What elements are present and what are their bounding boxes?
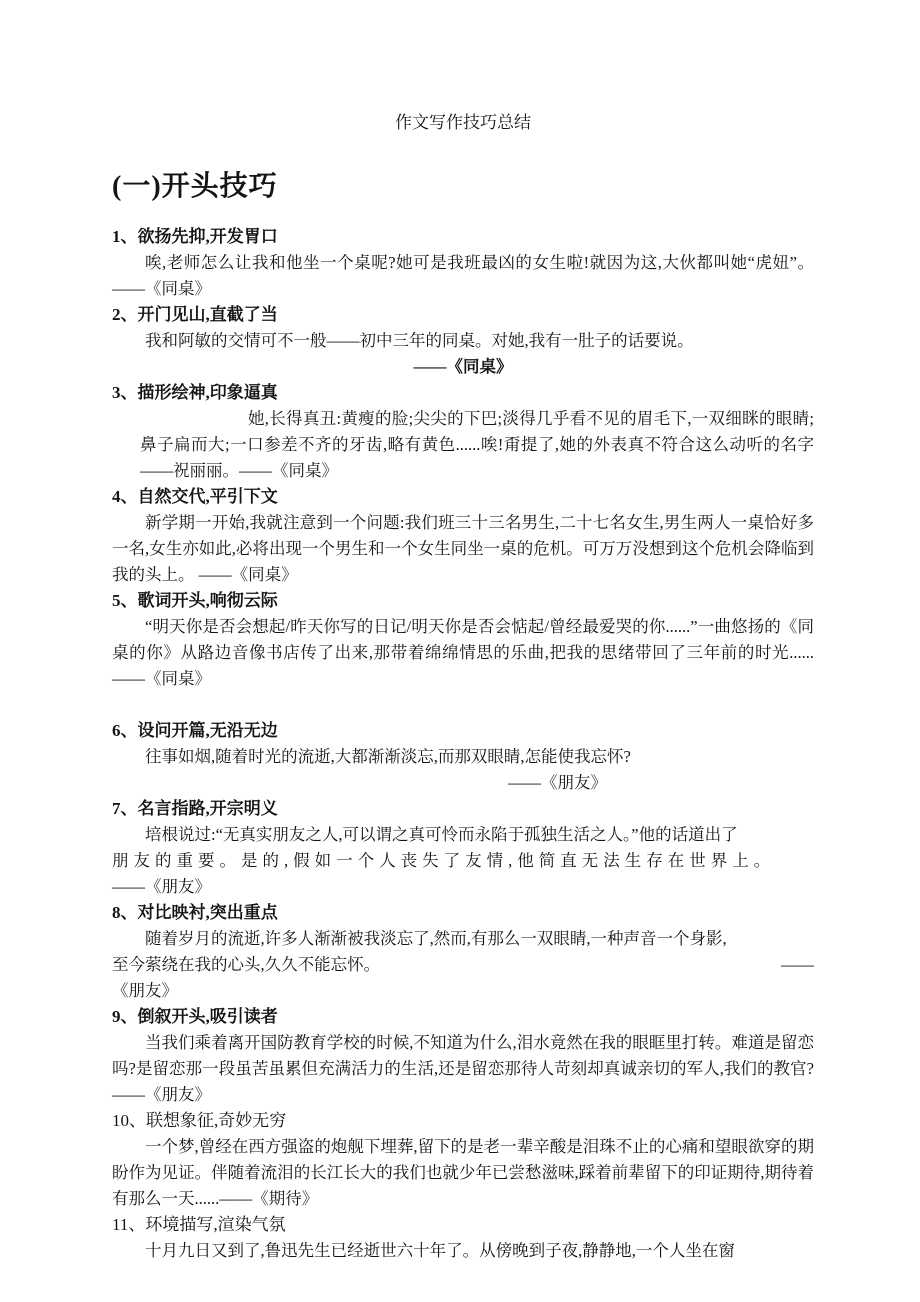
- item-4-body: 新学期一开始,我就注意到一个问题:我们班三十三名男生,二十七名女生,男生两人一桌…: [112, 510, 814, 588]
- item-1-heading: 1、欲扬先抑,开发胃口: [112, 224, 814, 250]
- item-10-heading: 10、联想象征,奇妙无穷: [112, 1108, 814, 1134]
- technique-item-9: 9、倒叙开头,吸引读者 当我们乘着离开国防教育学校的时候,不知道为什么,泪水竟然…: [112, 1004, 814, 1108]
- technique-item-4: 4、自然交代,平引下文 新学期一开始,我就注意到一个问题:我们班三十三名男生,二…: [112, 484, 814, 588]
- item-9-body: 当我们乘着离开国防教育学校的时候,不知道为什么,泪水竟然在我的眼眶里打转。难道是…: [112, 1030, 814, 1108]
- item-3-heading: 3、描形绘神,印象逼真: [112, 380, 814, 406]
- item-6-body: 往事如烟,随着时光的流逝,大都渐渐淡忘,而那双眼睛,怎能使我忘怀?: [112, 744, 814, 770]
- technique-item-3: 3、描形绘神,印象逼真 她,长得真丑:黄瘦的脸;尖尖的下巴;淡得几乎看不见的眉毛…: [112, 380, 814, 484]
- item-4-heading: 4、自然交代,平引下文: [112, 484, 814, 510]
- document-title: 作文写作技巧总结: [112, 110, 814, 136]
- item-2-attribution: ——《同桌》: [112, 354, 814, 380]
- item-8-heading: 8、对比映衬,突出重点: [112, 900, 814, 926]
- section-heading: (一)开头技巧: [112, 168, 814, 206]
- technique-item-1: 1、欲扬先抑,开发胃口 唉,老师怎么让我和他坐一个桌呢?她可是我班最凶的女生啦!…: [112, 224, 814, 302]
- item-8-line-2-text: 至今萦绕在我的心头,久久不能忘怀。: [112, 952, 380, 978]
- item-11-body: 十月九日又到了,鲁迅先生已经逝世六十年了。从傍晚到子夜,静静地,一个人坐在窗: [112, 1238, 814, 1264]
- technique-item-5: 5、歌词开头,响彻云际 “明天你是否会想起/昨天你写的日记/明天你是否会惦起/曾…: [112, 588, 814, 692]
- item-10-body: 一个梦,曾经在西方强盗的炮舰下埋葬,留下的是老一辈辛酸是泪珠不止的心痛和望眼欲穿…: [112, 1134, 814, 1212]
- technique-item-10: 10、联想象征,奇妙无穷 一个梦,曾经在西方强盗的炮舰下埋葬,留下的是老一辈辛酸…: [112, 1108, 814, 1212]
- item-7-line-2: 朋友的重要。是的,假如一个人丧失了友情,他简直无法生存在世界上。: [112, 848, 814, 874]
- item-6-attribution: ——《朋友》: [508, 770, 814, 796]
- item-7-heading: 7、名言指路,开宗明义: [112, 796, 814, 822]
- item-8-line-1: 随着岁月的流逝,许多人渐渐被我淡忘了,然而,有那么一双眼睛,一种声音一个身影,: [112, 926, 814, 952]
- item-2-body: 我和阿敏的交情可不一般——初中三年的同桌。对她,我有一肚子的话要说。: [112, 328, 814, 354]
- document-page: 作文写作技巧总结 (一)开头技巧 1、欲扬先抑,开发胃口 唉,老师怎么让我和他坐…: [0, 0, 920, 1302]
- item-11-heading: 11、环境描写,渲染气氛: [112, 1212, 814, 1238]
- item-2-heading: 2、开门见山,直截了当: [112, 302, 814, 328]
- item-7-line-3: ——《朋友》: [112, 874, 814, 900]
- item-3-body: 她,长得真丑:黄瘦的脸;尖尖的下巴;淡得几乎看不见的眉毛下,一双细眯的眼睛;鼻子…: [140, 406, 814, 484]
- item-9-heading: 9、倒叙开头,吸引读者: [112, 1004, 814, 1030]
- item-8-line-3: 《朋友》: [112, 978, 814, 1004]
- item-6-heading: 6、设问开篇,无沿无边: [112, 718, 814, 744]
- technique-item-7: 7、名言指路,开宗明义 培根说过:“无真实朋友之人,可以谓之真可怜而永陷于孤独生…: [112, 796, 814, 900]
- technique-item-2: 2、开门见山,直截了当 我和阿敏的交情可不一般——初中三年的同桌。对她,我有一肚…: [112, 302, 814, 380]
- item-8-line-2-dash: ——: [781, 952, 814, 978]
- item-5-body: “明天你是否会想起/昨天你写的日记/明天你是否会惦起/曾经最爱哭的你......…: [112, 614, 814, 692]
- technique-item-6: 6、设问开篇,无沿无边 往事如烟,随着时光的流逝,大都渐渐淡忘,而那双眼睛,怎能…: [112, 718, 814, 796]
- technique-item-11: 11、环境描写,渲染气氛 十月九日又到了,鲁迅先生已经逝世六十年了。从傍晚到子夜…: [112, 1212, 814, 1264]
- item-8-line-2: 至今萦绕在我的心头,久久不能忘怀。 ——: [112, 952, 814, 978]
- item-5-heading: 5、歌词开头,响彻云际: [112, 588, 814, 614]
- item-7-line-1: 培根说过:“无真实朋友之人,可以谓之真可怜而永陷于孤独生活之人。”他的话道出了: [112, 822, 814, 848]
- item-1-body: 唉,老师怎么让我和他坐一个桌呢?她可是我班最凶的女生啦!就因为这,大伙都叫她“虎…: [112, 250, 814, 302]
- technique-item-8: 8、对比映衬,突出重点 随着岁月的流逝,许多人渐渐被我淡忘了,然而,有那么一双眼…: [112, 900, 814, 1004]
